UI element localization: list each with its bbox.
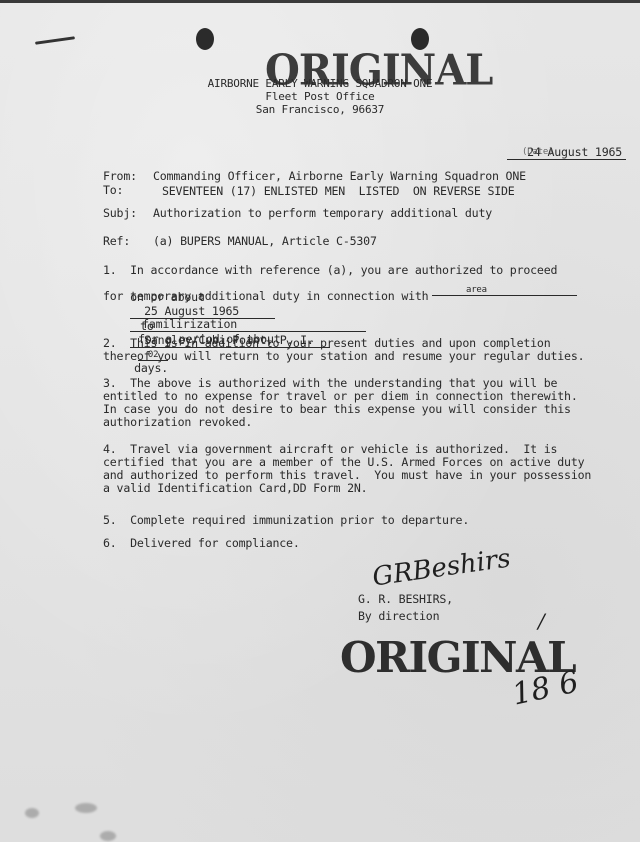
ref-label: Ref:: [103, 234, 130, 248]
to-value: SEVENTEEN (17) ENLISTED MEN LISTED ON RE…: [162, 184, 515, 198]
para4-line3: and authorized to perform this travel. Y…: [103, 468, 591, 482]
ref-value: (a) BUPERS MANUAL, Article C-5307: [153, 234, 377, 248]
address-line-1: Fleet Post Office: [0, 90, 640, 103]
unit-name: AIRBORNE EARLY WARNING SQUADRON ONE: [0, 77, 640, 90]
from-value: Commanding Officer, Airborne Early Warni…: [153, 169, 526, 183]
para1-line3: for temporary additional duty in connect…: [103, 289, 428, 303]
subj-value: Authorization to perform temporary addit…: [153, 206, 492, 220]
purpose: familirization: [130, 317, 366, 332]
para1-line1: 1. In accordance with reference (a), you…: [103, 263, 557, 277]
para4-line4: a valid Identification Card,DD Form 2N.: [103, 481, 367, 495]
handwritten-signature: GRBeshirs: [371, 543, 513, 592]
para3-line4: authorization revoked.: [103, 415, 252, 429]
purpose-overwrite: area: [466, 285, 487, 295]
subj-label: Subj:: [103, 206, 137, 220]
address-line-2: San Francisco, 96637: [0, 103, 640, 116]
signer-title: By direction: [358, 609, 439, 623]
to-label: To:: [103, 183, 123, 197]
para2-line1: 2. This is in addition to your present d…: [103, 336, 550, 350]
smudge: [25, 808, 39, 818]
para2-line2: thereof you will return to your station …: [103, 349, 584, 363]
document-page: ORIGINAL AIRBORNE EARLY WARNING SQUADRON…: [0, 0, 640, 842]
date-caption: (Date): [522, 147, 553, 157]
para6: 6. Delivered for compliance.: [103, 536, 300, 550]
para3-line1: 3. The above is authorized with the unde…: [103, 376, 557, 390]
tick-mark: /: [538, 609, 545, 633]
para3-line2: entitled to no expense for travel or per…: [103, 389, 578, 403]
days-word: days.: [130, 361, 168, 375]
purpose-overwrite-line: [432, 295, 577, 296]
smudge: [75, 803, 97, 813]
smudge: [100, 831, 116, 841]
punch-hole-left: [196, 28, 214, 50]
signer-name: G. R. BESHIRS,: [358, 592, 453, 606]
para4-line1: 4. Travel via government aircraft or veh…: [103, 442, 557, 456]
from-label: From:: [103, 169, 137, 183]
para3-line3: In case you do not desire to bear this e…: [103, 402, 571, 416]
para5: 5. Complete required immunization prior …: [103, 513, 469, 527]
staple-mark: [35, 36, 75, 45]
para4-line2: certified that you are a member of the U…: [103, 455, 584, 469]
